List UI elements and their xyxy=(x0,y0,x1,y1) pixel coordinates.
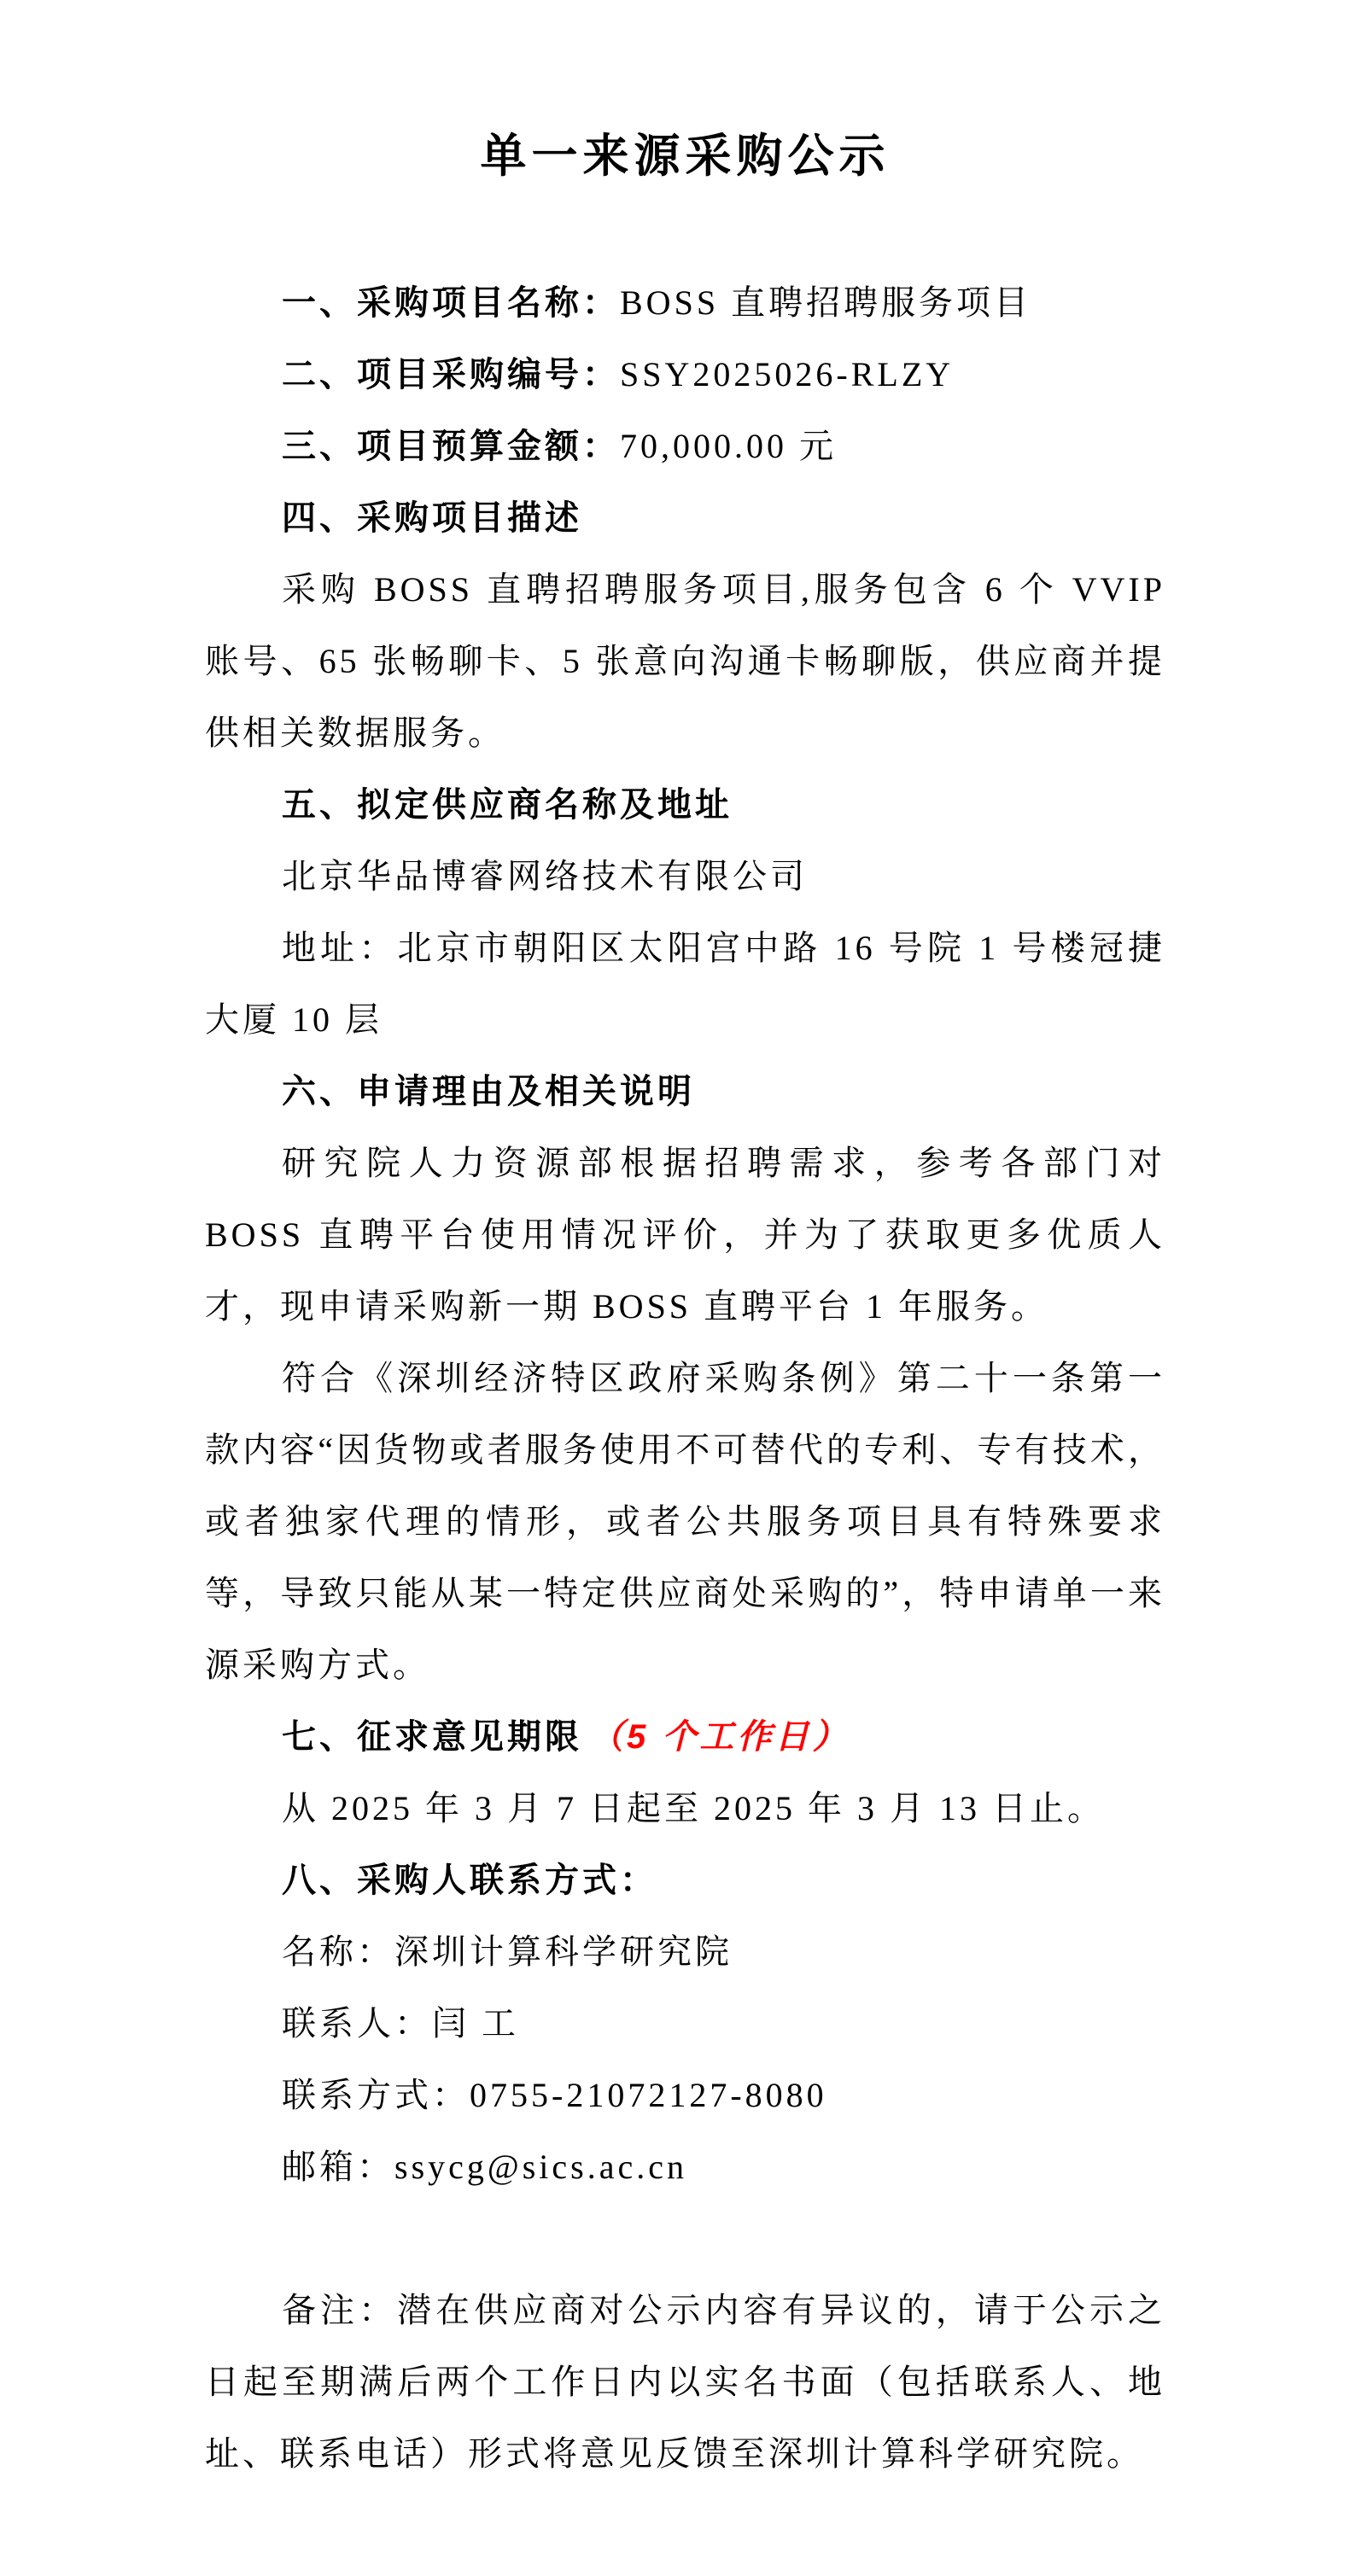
reason-heading-label: 六、申请理由及相关说明 xyxy=(282,1073,695,1110)
remark-paragraph: 备注：潜在供应商对公示内容有异议的，请于公示之日起至期满后两个工作日内以实名书面… xyxy=(205,2275,1165,2490)
contact-heading: 八、采购人联系方式： xyxy=(205,1845,1165,1916)
reason-paragraph-1: 研究院人力资源部根据招聘需求，参考各部门对 BOSS 直聘平台使用情况评价，并为… xyxy=(205,1128,1165,1343)
description-heading: 四、采购项目描述 xyxy=(205,482,1165,554)
supplier-name: 北京华品博睿网络技术有限公司 xyxy=(205,841,1165,912)
reason-paragraph-2: 符合《深圳经济特区政府采购条例》第二十一条第一款内容“因货物或者服务使用不可替代… xyxy=(205,1343,1165,1701)
announcement-page: 单一来源采购公示 一、采购项目名称：BOSS 直聘招聘服务项目 二、项目采购编号… xyxy=(0,0,1355,2576)
budget-row: 三、项目预算金额：70,000.00 元 xyxy=(205,411,1165,482)
comment-period-heading-label: 七、征求意见期限 xyxy=(282,1718,582,1756)
project-name-value: BOSS 直聘招聘服务项目 xyxy=(620,283,1031,322)
comment-period-red-note: （5 个工作日） xyxy=(589,1718,850,1756)
project-name-label: 一、采购项目名称： xyxy=(282,284,620,322)
description-heading-label: 四、采购项目描述 xyxy=(282,499,582,537)
contact-email: 邮箱：ssycg@sics.ac.cn xyxy=(205,2131,1165,2203)
budget-value: 70,000.00 元 xyxy=(620,427,837,465)
comment-period-heading: 七、征求意见期限（5 个工作日） xyxy=(205,1701,1165,1773)
contact-phone: 联系方式：0755-21072127-8080 xyxy=(205,2060,1165,2131)
supplier-heading: 五、拟定供应商名称及地址 xyxy=(205,769,1165,841)
procurement-no-row: 二、项目采购编号：SSY2025026-RLZY xyxy=(205,339,1165,411)
reason-heading: 六、申请理由及相关说明 xyxy=(205,1056,1165,1128)
supplier-address: 地址：北京市朝阳区太阳宫中路 16 号院 1 号楼冠捷大厦 10 层 xyxy=(205,912,1165,1056)
contact-name: 名称：深圳计算科学研究院 xyxy=(205,1916,1165,1988)
budget-label: 三、项目预算金额： xyxy=(282,428,620,465)
contact-heading-label: 八、采购人联系方式： xyxy=(282,1862,657,1899)
procurement-no-value: SSY2025026-RLZY xyxy=(620,355,954,393)
contact-person: 联系人：闫 工 xyxy=(205,1988,1165,2060)
description-paragraph: 采购 BOSS 直聘招聘服务项目,服务包含 6 个 VVIP 账号、65 张畅聊… xyxy=(205,554,1165,769)
procurement-no-label: 二、项目采购编号： xyxy=(282,356,620,393)
supplier-heading-label: 五、拟定供应商名称及地址 xyxy=(282,786,733,824)
page-title: 单一来源采购公示 xyxy=(205,118,1165,195)
comment-period-text: 从 2025 年 3 月 7 日起至 2025 年 3 月 13 日止。 xyxy=(205,1773,1165,1845)
project-name-row: 一、采购项目名称：BOSS 直聘招聘服务项目 xyxy=(205,267,1165,339)
document-body: 一、采购项目名称：BOSS 直聘招聘服务项目 二、项目采购编号：SSY20250… xyxy=(205,267,1165,2490)
